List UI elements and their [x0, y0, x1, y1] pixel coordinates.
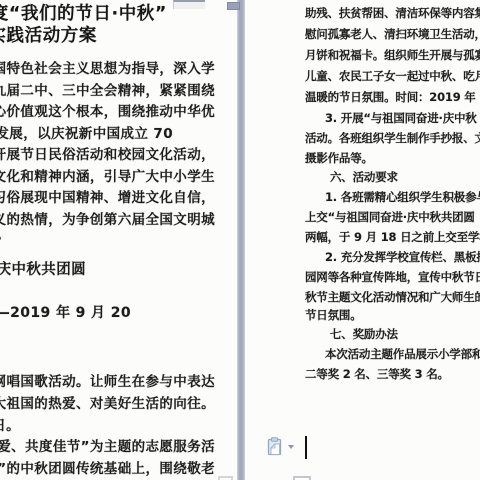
left-page-text-line: ——2019 年 9 月 20	[0, 305, 131, 321]
left-page-text-line: 。	[0, 341, 7, 357]
paste-options-button[interactable]	[267, 437, 297, 457]
right-page-text-line: 1. 各班需精心组织学生积极参与	[325, 191, 480, 204]
document-page-left[interactable]: 年度“我们的节日·中秋”题实践活动方案国特色社会主义思想为指导，深入学九届二中、…	[0, 0, 237, 480]
document-page-right[interactable]: 助残、扶贫帮困、清洁环保等内容集慰问孤寡老人、清扫环境卫生活动，月饼和祝福卡。组…	[245, 0, 480, 480]
left-page-text-line: 心价值观这个根本，围绕推动中华优	[0, 105, 215, 121]
text-cursor-caret	[305, 436, 307, 459]
left-page-text-line: 题实践活动方案	[0, 26, 97, 46]
right-page-text-line: 温暖的节日氛围。时间：2019 年 9 月	[305, 91, 480, 104]
left-page-text-line: 年度“我们的节日·中秋”	[0, 4, 167, 24]
page-gap-top-marker	[227, 2, 240, 10]
left-page-text-line: 文化和精神内涵，引导广大中小学生	[0, 170, 215, 186]
right-page-text-line: 月饼和祝福卡。组织师生开展与孤寡	[305, 49, 480, 62]
left-page-text-line: 爱、共度佳节”为主题的志愿服务活	[0, 440, 215, 456]
left-page-text-line: ”的中秋团圆传统基础上，围绕敬老	[0, 462, 215, 478]
left-page-text-line: 九届二中、三中全会精神，紧紧围绕	[0, 84, 215, 100]
clipboard-paste-icon	[267, 437, 297, 457]
right-page-text-line: 节日氛围。	[305, 309, 362, 322]
left-page-text-line: 献。	[0, 228, 10, 244]
right-page-text-line: 慰问孤寡老人、清扫环境卫生活动，	[305, 28, 480, 41]
top-cropped-ui-box	[173, 0, 205, 9]
right-page-text-line: 摄影作品等。	[305, 152, 373, 165]
right-page-text-line: 本次活动主题作品展示小学部和	[325, 348, 480, 361]
left-page-text-line: 国特色社会主义思想为指导，深入学	[0, 62, 215, 78]
right-page-bottom-partial-box	[293, 476, 311, 480]
left-page-text-line: 大祖国的热爱、对美好生活的向往。	[0, 397, 215, 413]
left-page-text-line: 开展节日民俗活动和校园文化活动，	[0, 148, 215, 164]
right-page-text-line: 3. 开展“与祖国同奋进·庆中秋	[325, 112, 477, 125]
document-view: 年度“我们的节日·中秋”题实践活动方案国特色社会主义思想为指导，深入学九届二中、…	[0, 0, 480, 480]
right-page-text-line: 上交“与祖国同奋进·庆中秋共团圆	[305, 211, 475, 224]
left-page-text-line: 网唱国歌活动。让师生在参与中表达	[0, 375, 215, 391]
left-page-text-line: 、创新性发展，以庆祝新中国成立 70	[0, 127, 173, 143]
right-page-text-line: 活动。各班组织学生制作手抄报、文	[305, 132, 480, 145]
right-page-text-line: 秋节主题文化活动情况和广大师生的	[305, 291, 480, 304]
left-page-text-line: 习俗展现中国精神、增进文化自信，	[0, 191, 215, 207]
right-page-text-line: 儿童、农民工子女一起过中秋、吃月	[305, 70, 480, 83]
right-page-text-line: 2. 充分发挥学校宣传栏、黑板报	[325, 251, 480, 264]
page-gap-band	[237, 0, 245, 480]
left-page-text-line: 庆中秋共团圆	[0, 262, 86, 279]
right-page-text-line: 六、活动要求	[330, 171, 398, 184]
left-page-text-line: 义的热情，为争创第六届全国文明城	[0, 213, 215, 229]
right-page-text-line: 园网等各种宣传阵地，宣传中秋节日	[305, 271, 480, 284]
right-page-text-line: 两幅，于 9 月 18 日之前上交至学校	[305, 231, 480, 244]
right-page-text-line: 二等奖 2 名、三等奖 3 名。	[305, 368, 449, 381]
right-page-text-line: 助残、扶贫帮困、清洁环保等内容集	[305, 7, 480, 20]
right-page-text-line: 七、奖励办法	[330, 328, 398, 341]
left-page-bottom-partial-box	[218, 476, 233, 480]
left-page-text-line: 日。	[0, 419, 20, 435]
